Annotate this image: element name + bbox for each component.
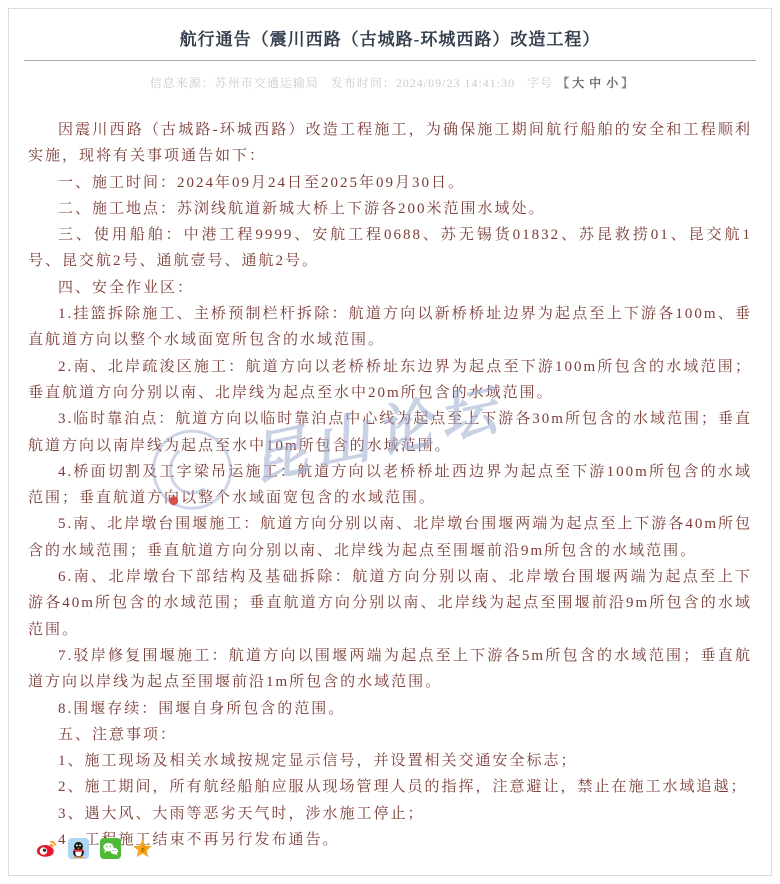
notice-page: 航行通告（震川西路（古城路-环城西路）改造工程） 信息来源：苏州市交通运输局 发…: [8, 8, 772, 876]
share-bar: z: [35, 837, 154, 860]
notice-paragraph: 2、施工期间，所有航经船舶应服从现场管理人员的指挥，注意避让，禁止在施工水域追越…: [28, 774, 752, 800]
fontsize-bracket-open: 【: [557, 76, 570, 90]
share-wechat-button[interactable]: [99, 837, 122, 860]
notice-paragraph: 2.南、北岸疏浚区施工：航道方向以老桥桥址东边界为起点至下游100m所包含的水域…: [28, 354, 752, 407]
meta-bar: 信息来源：苏州市交通运输局 发布时间：2024/09/23 14:41:30 字…: [9, 74, 771, 91]
notice-paragraph: 5.南、北岸墩台围堰施工：航道方向分别以南、北岸墩台围堰两端为起点至上下游各40…: [28, 511, 752, 564]
notice-paragraph: 4.桥面切割及工字梁吊运施工：航道方向以老桥桥址西边界为起点至下游100m所包含…: [28, 459, 752, 512]
notice-header: 航行通告（震川西路（古城路-环城西路）改造工程） 信息来源：苏州市交通运输局 发…: [9, 9, 771, 91]
notice-paragraph: 一、施工时间：2024年09月24日至2025年09月30日。: [28, 170, 752, 196]
notice-paragraph: 二、施工地点：苏浏线航道新城大桥上下游各200米范围水域处。: [28, 196, 752, 222]
page-title: 航行通告（震川西路（古城路-环城西路）改造工程）: [9, 25, 771, 50]
notice-paragraph: 3、遇大风、大雨等恶劣天气时，涉水施工停止；: [28, 801, 752, 827]
fontsize-bracket-close: 】: [621, 76, 634, 90]
notice-body: 因震川西路（古城路-环城西路）改造工程施工，为确保施工期间航行船舶的安全和工程顺…: [9, 117, 771, 853]
notice-paragraph: 四、安全作业区：: [28, 275, 752, 301]
wechat-icon: [99, 837, 122, 860]
notice-paragraph: 8.围堰存续：围堰自身所包含的范围。: [28, 696, 752, 722]
fontsize-medium-button[interactable]: 中: [589, 76, 602, 90]
notice-paragraph: 3.临时靠泊点：航道方向以临时靠泊点中心线为起点至上下游各30m所包含的水域范围…: [28, 406, 752, 459]
qzone-star-icon: z: [131, 837, 154, 860]
share-qq-button[interactable]: [67, 837, 90, 860]
fontsize-large-button[interactable]: 大: [572, 76, 585, 90]
meta-publish-time: 发布时间：2024/09/23 14:41:30: [331, 76, 515, 90]
notice-paragraph: 1.挂篮拆除施工、主桥预制栏杆拆除：航道方向以新桥桥址边界为起点至上下游各100…: [28, 301, 752, 354]
notice-paragraph: 三、使用船舶：中港工程9999、安航工程0688、苏无锡货01832、苏昆救捞0…: [28, 222, 752, 275]
qq-icon: [67, 837, 90, 860]
notice-paragraph: 因震川西路（古城路-环城西路）改造工程施工，为确保施工期间航行船舶的安全和工程顺…: [28, 117, 752, 170]
notice-paragraph: 7.驳岸修复围堰施工：航道方向以围堰两端为起点至上下游各5m所包含的水域范围；垂…: [28, 643, 752, 696]
fontsize-small-button[interactable]: 小: [606, 76, 619, 90]
title-divider: [24, 60, 756, 61]
notice-paragraph: 1、施工现场及相关水域按规定显示信号，并设置相关交通安全标志；: [28, 748, 752, 774]
meta-fontsize-label: 字号: [527, 76, 553, 90]
meta-source: 信息来源：苏州市交通运输局: [150, 76, 319, 90]
notice-paragraph: 五、注意事项：: [28, 722, 752, 748]
share-qzone-button[interactable]: z: [131, 837, 154, 860]
sina-weibo-icon: [35, 837, 58, 860]
notice-paragraph: 6.南、北岸墩台下部结构及基础拆除：航道方向分别以南、北岸墩台围堰两端为起点至上…: [28, 564, 752, 643]
share-weibo-button[interactable]: [35, 837, 58, 860]
